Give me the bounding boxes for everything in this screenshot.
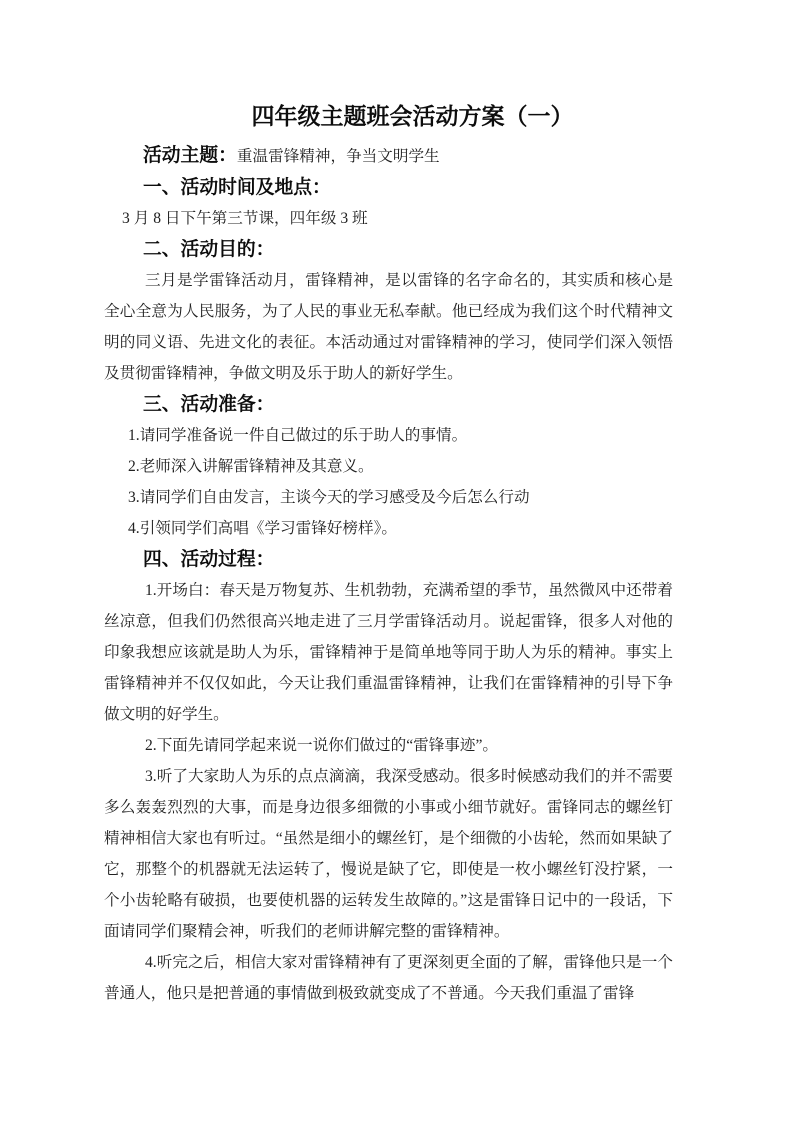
preparation-item-4: 4.引领同学们高唱《学习雷锋好榜样》。 bbox=[104, 513, 673, 544]
section-heading-process: 四、活动过程： bbox=[104, 544, 673, 575]
document-page: 四年级主题班会活动方案（一） 活动主题：重温雷锋精神，争当文明学生 一、活动时间… bbox=[0, 0, 793, 1122]
section-heading-time-place: 一、活动时间及地点： bbox=[104, 172, 673, 203]
purpose-paragraph: 三月是学雷锋活动月，雷锋精神，是以雷锋的名字命名的，其实质和核心是全心全意为人民… bbox=[104, 265, 673, 389]
preparation-item-2: 2.老师深入讲解雷锋精神及其意义。 bbox=[104, 451, 673, 482]
document-title: 四年级主题班会活动方案（一） bbox=[104, 93, 673, 140]
theme-line: 活动主题：重温雷锋精神，争当文明学生 bbox=[104, 140, 673, 172]
section-heading-purpose: 二、活动目的： bbox=[104, 234, 673, 265]
preparation-item-1: 1.请同学准备说一件自己做过的乐于助人的事情。 bbox=[104, 420, 673, 451]
process-paragraph-1: 1.开场白：春天是万物复苏、生机勃勃，充满希望的季节，虽然微风中还带着丝凉意，但… bbox=[104, 575, 673, 730]
process-paragraph-4: 4.听完之后，相信大家对雷锋精神有了更深刻更全面的了解，雷锋他只是一个普通人，他… bbox=[104, 947, 673, 1009]
process-paragraph-2: 2.下面先请同学起来说一说你们做过的“雷锋事迹”。 bbox=[104, 730, 673, 761]
process-paragraph-3: 3.听了大家助人为乐的点点滴滴，我深受感动。很多时候感动我们的并不需要多么轰轰烈… bbox=[104, 761, 673, 947]
section-heading-preparation: 三、活动准备： bbox=[104, 389, 673, 420]
document-content: 四年级主题班会活动方案（一） 活动主题：重温雷锋精神，争当文明学生 一、活动时间… bbox=[0, 0, 793, 1009]
preparation-item-3: 3.请同学们自由发言，主谈今天的学习感受及今后怎么行动 bbox=[104, 482, 673, 513]
time-place-text: 3 月 8 日下午第三节课，四年级 3 班 bbox=[104, 203, 673, 234]
theme-label: 活动主题： bbox=[143, 145, 237, 166]
theme-text: 重温雷锋精神，争当文明学生 bbox=[237, 148, 440, 165]
